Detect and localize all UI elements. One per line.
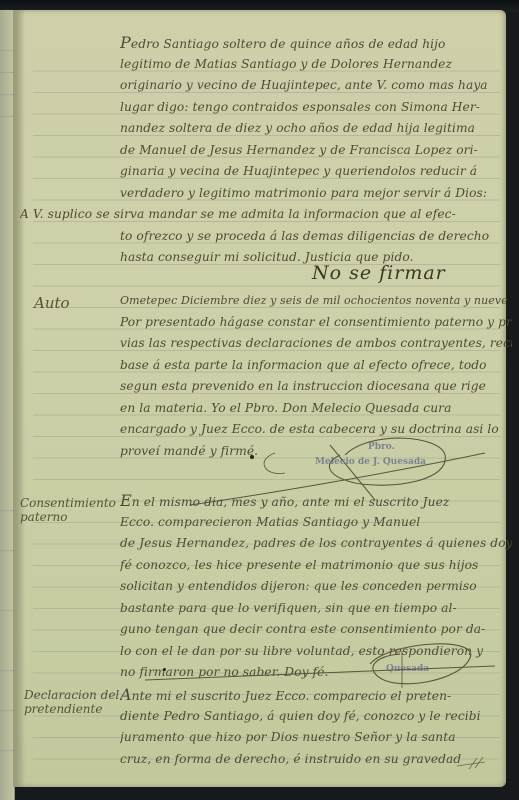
no-se-firmar-note: No se firmar (312, 262, 446, 284)
petition-line: to ofrezco y se proceda á las demas dili… (120, 226, 512, 248)
margin-label-line: paterno (20, 510, 67, 524)
margin-label-consentimiento: Consentimiento paterno (20, 496, 116, 524)
auto-line: segun esta prevenido en la instruccion d… (120, 376, 512, 398)
auto-line: encargado y Juez Ecco. de esta cabecera … (120, 419, 512, 441)
petition-line: de Manuel de Jesus Hernandez y de Franci… (120, 140, 512, 162)
consentimiento-line: no firmaron por no saber. Doy fé. (120, 662, 512, 684)
stamp-title: Pbro. (368, 442, 395, 452)
consentimiento-line: solicitan y entendidos dijeron: que les … (120, 576, 512, 598)
consentimiento-line: En el mismo dia, mes y año, ante mi el s… (120, 490, 512, 512)
petition-line: nandez soltera de diez y ocho años de ed… (120, 118, 512, 140)
auto-line: Ometepec Diciembre diez y seis de mil oc… (120, 290, 512, 312)
petition-supplication: A V. suplico se sirva mandar se me admit… (20, 204, 512, 226)
declaracion-line: Ante mi el suscrito Juez Ecco. compareci… (120, 684, 512, 706)
margin-label-auto: Auto (34, 296, 70, 310)
margin-label-declaracion: Declaracion del pretendiente (24, 688, 119, 716)
stamp-priest-name: Melecio de J. Quesada (315, 457, 426, 467)
margin-label-line: Declaracion del (24, 688, 119, 702)
auto-block: Ometepec Diciembre diez y seis de mil oc… (120, 290, 512, 462)
auto-line: base á esta parte la informacion que al … (120, 355, 512, 377)
consentimiento-line: lo con el le dan por su libre voluntad, … (120, 641, 512, 663)
margin-label-line: Consentimiento (20, 496, 116, 510)
document-scan: Pedro Santiago soltero de quince años de… (0, 0, 519, 800)
auto-line: en la materia. Yo el Pbro. Don Melecio Q… (120, 398, 512, 420)
petition-line: A V. suplico se sirva mandar se me admit… (20, 204, 512, 226)
auto-line: vias las respectivas declaraciones de am… (120, 333, 512, 355)
petition-line: originario y vecino de Huajintepec, ante… (120, 75, 512, 97)
consentimiento-line: guno tengan que decir contra este consen… (120, 619, 512, 641)
ink-spot (163, 668, 166, 671)
margin-label-line: pretendiente (24, 702, 102, 716)
declaracion-line: juramento que hizo por Dios nuestro Seño… (120, 727, 512, 749)
declaracion-line: diente Pedro Santiago, á quien doy fé, c… (120, 706, 512, 728)
auto-line: Por presentado hágase constar el consent… (120, 312, 512, 334)
consentimiento-line: bastante para que lo verifiquen, sin que… (120, 598, 512, 620)
petition-line: verdadero y legitimo matrimonio para mej… (120, 183, 512, 205)
declaracion-block: Ante mi el suscrito Juez Ecco. compareci… (120, 684, 512, 770)
consentimiento-line: de Jesus Hernandez, padres de los contra… (120, 533, 512, 555)
ink-spot (250, 455, 254, 459)
petition-line: legitimo de Matias Santiago y de Dolores… (120, 54, 512, 76)
page-gutter-shadow (13, 10, 25, 787)
consentimiento-block: En el mismo dia, mes y año, ante mi el s… (120, 490, 512, 684)
petition-line: lugar digo: tengo contraidos esponsales … (120, 97, 512, 119)
petition-line: Pedro Santiago soltero de quince años de… (120, 32, 512, 54)
petition-block: Pedro Santiago soltero de quince años de… (120, 32, 512, 204)
consentimiento-line: fé conozco, les hice presente el matrimo… (120, 555, 512, 577)
declaracion-line: cruz, en forma de derecho, é instruido e… (120, 749, 512, 771)
consentimiento-line: Ecco. comparecieron Matias Santiago y Ma… (120, 512, 512, 534)
petition-line: ginaria y vecina de Huajintepec y querie… (120, 161, 512, 183)
stamp-signature-quesada: Quesada (386, 664, 429, 674)
